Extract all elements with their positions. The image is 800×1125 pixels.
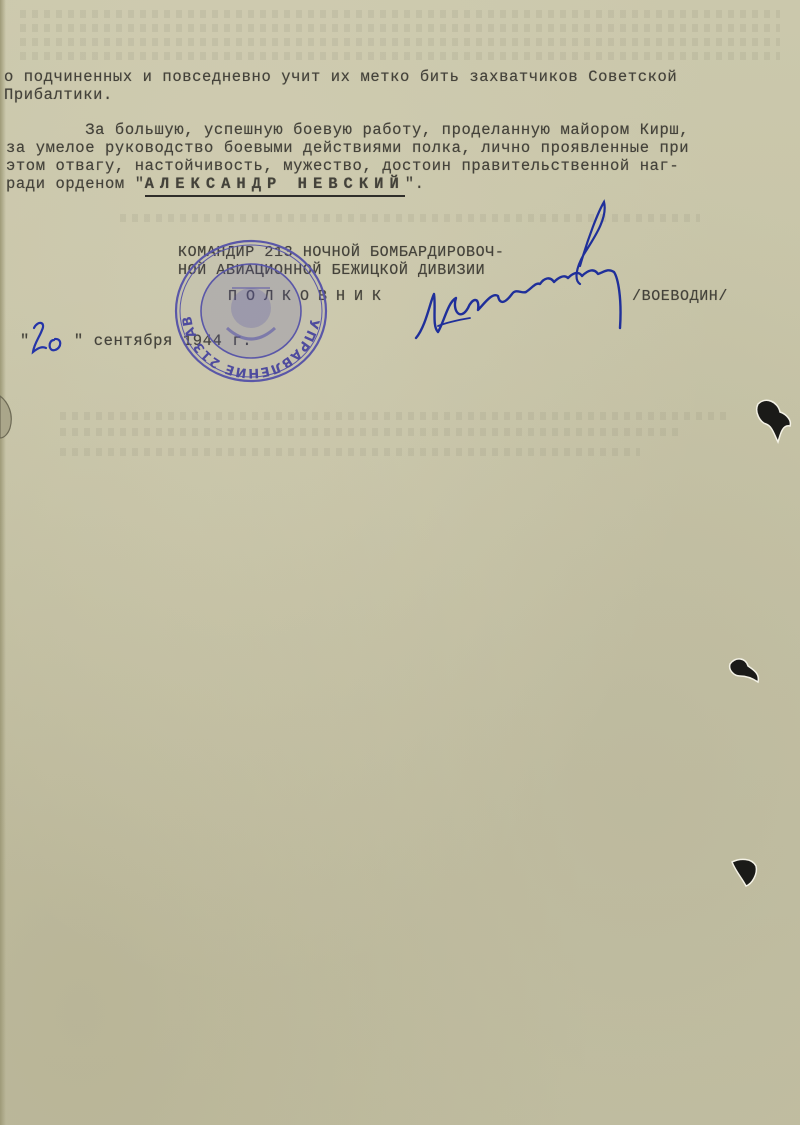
text-line: о подчиненных и повседневно учит их метк… bbox=[4, 68, 677, 86]
paper-hole bbox=[726, 654, 762, 688]
bleed-through-text bbox=[60, 412, 730, 420]
award-name: АЛЕКСАНДР НЕВСКИЙ bbox=[145, 175, 405, 197]
bleed-through-text bbox=[20, 52, 780, 60]
text-line: Прибалтики. bbox=[4, 86, 113, 104]
paper-hole bbox=[728, 854, 762, 890]
bleed-through-text bbox=[20, 38, 780, 46]
paper-edge-tear bbox=[0, 394, 16, 440]
paper-hole bbox=[752, 396, 794, 446]
official-stamp: УПРАВЛЕНИЕ 213 АВИАДИВИЗИИ bbox=[172, 238, 330, 384]
text-line: За большую, успешную боевую работу, прод… bbox=[6, 121, 689, 139]
bleed-through-text bbox=[60, 448, 640, 456]
bleed-through-text bbox=[60, 428, 680, 436]
handwritten-day-number bbox=[28, 318, 70, 360]
document-page: о подчиненных и повседневно учит их метк… bbox=[0, 0, 800, 1125]
text-prefix: ради орденом " bbox=[6, 175, 145, 193]
text-suffix: ". bbox=[405, 175, 425, 193]
text-line: за умелое руководство боевыми действиями… bbox=[6, 139, 689, 157]
handwritten-signature bbox=[408, 198, 658, 348]
text-line: этом отвагу, настойчивость, мужество, до… bbox=[6, 157, 679, 175]
bleed-through-text bbox=[20, 24, 780, 32]
bleed-through-text bbox=[20, 10, 780, 18]
award-line: ради орденом "АЛЕКСАНДР НЕВСКИЙ". bbox=[6, 175, 425, 193]
